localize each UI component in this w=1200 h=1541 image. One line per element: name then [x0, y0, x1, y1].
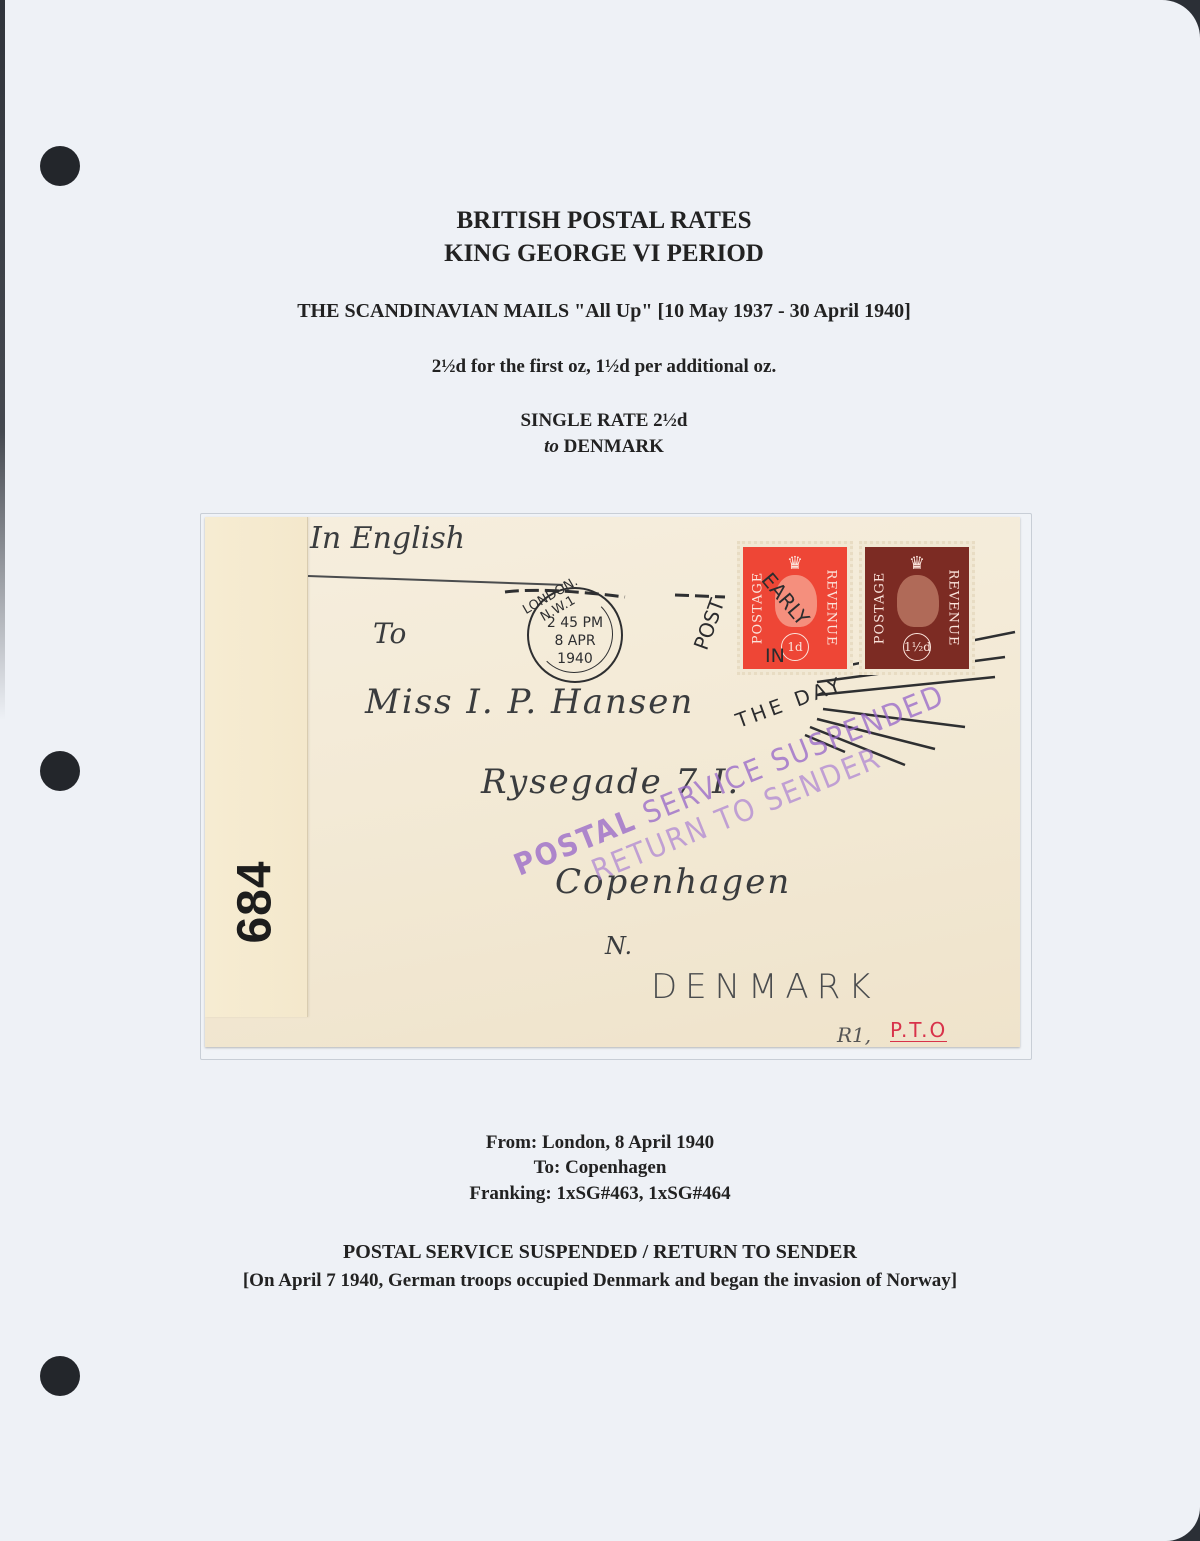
slogan-in: IN: [765, 645, 785, 667]
address-to: To: [373, 617, 406, 650]
stamp-revenue-label: REVENUE: [824, 570, 839, 647]
king-portrait: [897, 575, 939, 627]
crown-icon: ♛: [787, 553, 803, 574]
stamp-1half-d-brown: ♛ POSTAGE REVENUE 1½d: [865, 547, 969, 669]
pto-note: P.T.O: [890, 1019, 947, 1042]
stamp-postage-label: POSTAGE: [873, 572, 888, 645]
stamp-revenue-label: REVENUE: [946, 570, 961, 647]
punch-hole-middle: [40, 751, 80, 791]
single-rate: SINGLE RATE 2½d: [0, 409, 1200, 433]
franking-line: Franking: 1xSG#463, 1xSG#464: [0, 1181, 1200, 1206]
postmark-time: 2 45 PM: [529, 615, 621, 631]
punch-hole-top: [40, 146, 80, 186]
to-line: To: Copenhagen: [0, 1155, 1200, 1180]
album-page: BRITISH POSTAL RATES KING GEORGE VI PERI…: [0, 0, 1200, 1541]
crown-icon: ♛: [909, 553, 925, 574]
postmark-date: 8 APR: [529, 633, 621, 649]
page-subtitle: THE SCANDINAVIAN MAILS "All Up" [10 May …: [0, 298, 1200, 324]
destination-line: to DENMARK: [0, 435, 1200, 459]
from-line: From: London, 8 April 1940: [0, 1130, 1200, 1155]
addressee-name: Miss I. P. Hansen: [365, 682, 694, 722]
page-title: BRITISH POSTAL RATES: [0, 205, 1200, 237]
reference-note: R1,: [837, 1023, 871, 1047]
envelope-cover: 684 In English LONDON. N.W.1 2 45 PM: [205, 517, 1020, 1047]
event-description: [On April 7 1940, German troops occupied…: [190, 1268, 1010, 1294]
addressee-district: N.: [605, 932, 632, 960]
event-title: POSTAL SERVICE SUSPENDED / RETURN TO SEN…: [0, 1240, 1200, 1265]
stamp-value: 1d: [781, 633, 809, 661]
stamp-value: 1½d: [903, 633, 931, 661]
destination-country: DENMARK: [564, 436, 664, 457]
rate-description: 2½d for the first oz, 1½d per additional…: [0, 355, 1200, 379]
postmark: LONDON. N.W.1 2 45 PM 8 APR 1940: [527, 587, 623, 683]
addressee-country: DENMARK: [651, 967, 879, 1007]
postmark-year: 1940: [529, 651, 621, 667]
destination-prefix: to: [544, 436, 559, 457]
punch-hole-bottom: [40, 1356, 80, 1396]
stamp-face: ♛ POSTAGE REVENUE 1½d: [865, 547, 969, 669]
page-period: KING GEORGE VI PERIOD: [0, 238, 1200, 270]
